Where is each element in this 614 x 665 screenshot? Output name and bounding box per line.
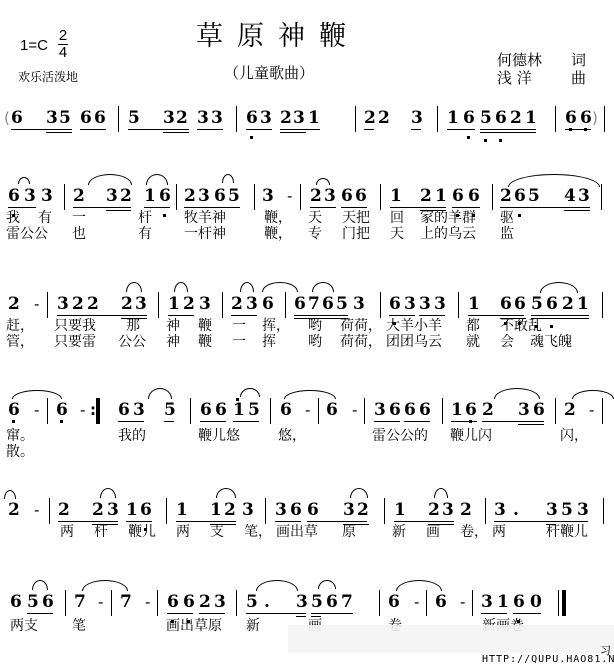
lyricist-role: 词	[571, 52, 586, 69]
time-signature-top: 2	[57, 29, 69, 43]
lyricist-name: 何德林	[497, 52, 542, 69]
watermark-url: HTTP://QUPU.HAO81.NET	[482, 654, 614, 665]
tempo-marking: 欢乐活泼地	[18, 68, 78, 85]
composer-role: 曲	[571, 70, 586, 87]
song-subtitle: （儿童歌曲）	[224, 62, 314, 83]
paren-open: (	[4, 108, 10, 128]
watermark-overlay	[288, 625, 614, 653]
paren-close: )	[592, 108, 598, 128]
time-signature-bottom: 4	[57, 46, 69, 60]
composer-name: 浅 洋	[497, 70, 532, 87]
song-title: 草原神鞭	[196, 14, 360, 53]
staff-line-4: 6 - 6 - : 63 5 66 1 5 6 - 6 - 3666 16 2 …	[0, 400, 614, 440]
key-signature: 1=C	[20, 37, 48, 54]
staff-line-2: 6 33 2 32 16 23 65 3 - 2366 1 21 6 6 26 …	[0, 186, 614, 226]
staff-line-1: ( 6 35 66 5 32 33 6 3 231 22 3 16 5 6 21…	[0, 108, 614, 148]
